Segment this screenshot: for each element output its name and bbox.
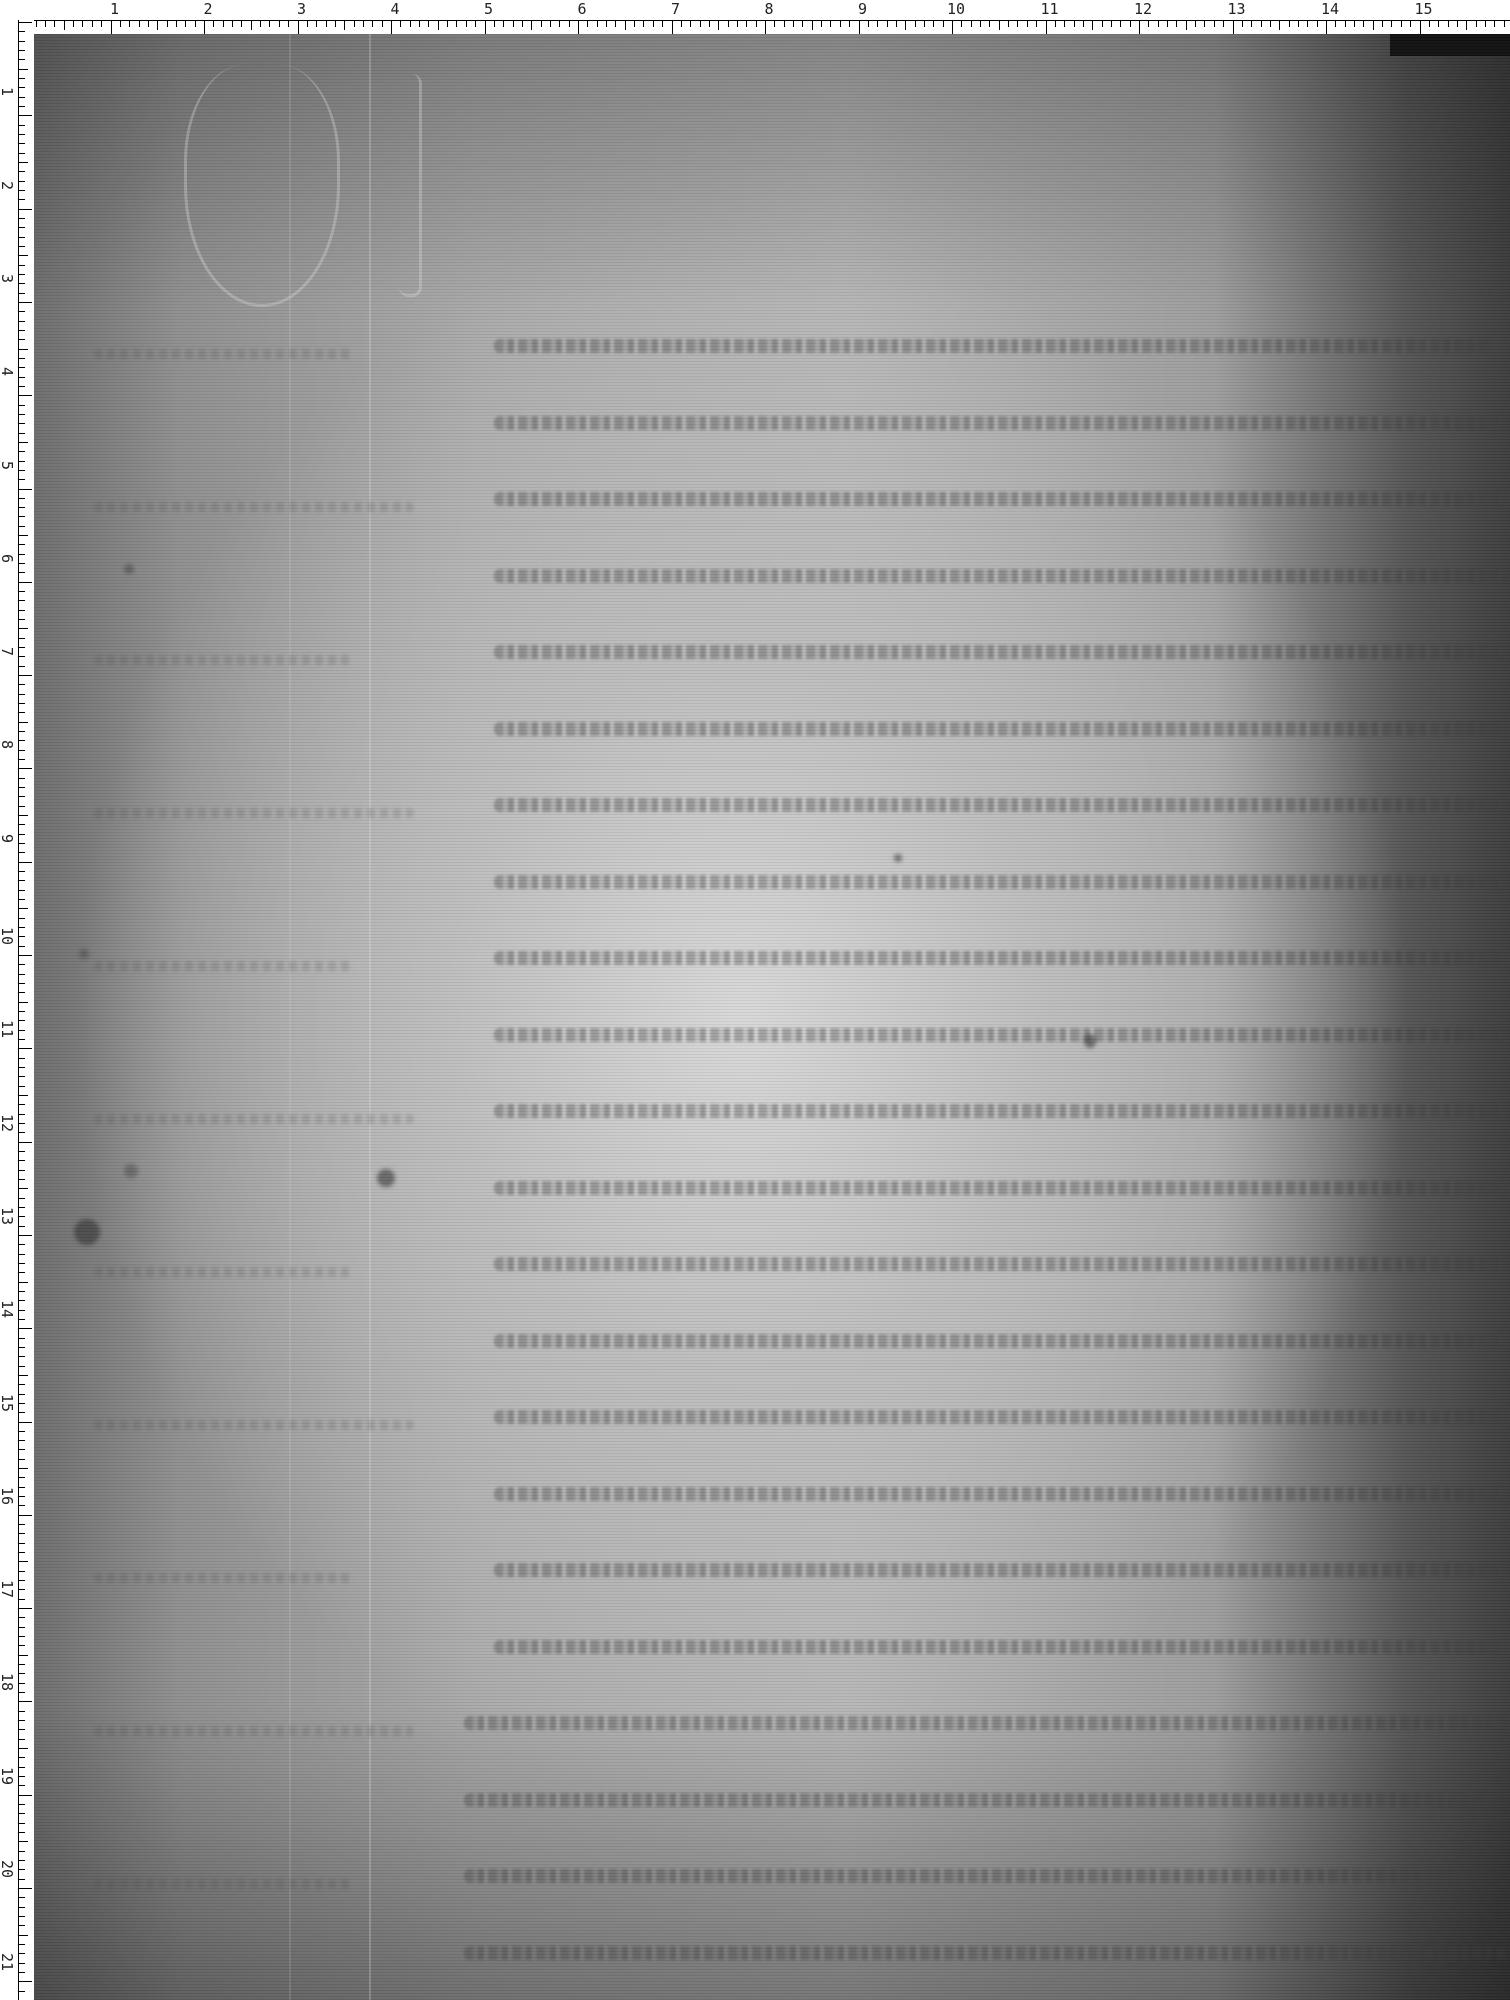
ruler-tick bbox=[18, 265, 25, 266]
ink-spot bbox=[79, 949, 89, 959]
ruler-tick bbox=[18, 1543, 25, 1544]
ruler-tick bbox=[18, 125, 25, 126]
ruler-tick bbox=[223, 20, 224, 27]
ruler-tick bbox=[18, 1282, 28, 1283]
margin-text-line bbox=[94, 655, 354, 665]
ruler-tick bbox=[18, 1664, 25, 1665]
ruler-tick bbox=[18, 787, 25, 788]
ruler-tick bbox=[18, 666, 25, 667]
ruler-tick bbox=[1354, 20, 1355, 27]
watermark-stem bbox=[399, 74, 422, 297]
manuscript-text-line bbox=[494, 569, 1510, 583]
ruler-tick bbox=[18, 59, 25, 60]
ruler-tick bbox=[18, 1076, 25, 1077]
manuscript-text-line bbox=[494, 1563, 1510, 1577]
ruler-tick bbox=[1438, 20, 1439, 27]
ruler-tick bbox=[18, 1216, 25, 1217]
ruler-tick bbox=[18, 647, 25, 648]
ruler-tick bbox=[597, 20, 598, 27]
ruler-label: 18 bbox=[0, 1673, 16, 1691]
ruler-tick bbox=[18, 1804, 25, 1805]
ruler-tick bbox=[18, 395, 32, 396]
ruler-tick bbox=[18, 1916, 25, 1917]
manuscript-text-line bbox=[494, 645, 1510, 659]
ruler-label: 6 bbox=[0, 554, 16, 563]
ruler-tick bbox=[18, 414, 25, 415]
ruler-tick bbox=[569, 20, 570, 27]
ruler-tick bbox=[1307, 20, 1308, 27]
ruler-tick bbox=[1186, 20, 1187, 30]
ruler-tick bbox=[82, 20, 83, 27]
ruler-tick bbox=[391, 20, 392, 34]
scan-dark-corner bbox=[1390, 34, 1510, 56]
ruler-tick bbox=[1111, 20, 1112, 27]
ruler-tick bbox=[18, 964, 25, 965]
ruler-tick bbox=[18, 1104, 25, 1105]
ruler-tick bbox=[18, 1310, 25, 1311]
margin-text-line bbox=[94, 1726, 414, 1736]
ruler-tick bbox=[18, 946, 25, 947]
ruler-tick bbox=[18, 1375, 28, 1376]
ruler-tick bbox=[18, 1449, 25, 1450]
ruler-tick bbox=[672, 20, 673, 34]
ruler-tick bbox=[1176, 20, 1177, 27]
ruler-tick bbox=[18, 684, 25, 685]
ruler-tick bbox=[1233, 20, 1234, 34]
ruler-tick bbox=[18, 1533, 25, 1534]
ruler-tick bbox=[840, 20, 841, 27]
ruler-tick bbox=[18, 572, 25, 573]
ruler-tick bbox=[18, 974, 25, 975]
ruler-tick bbox=[18, 927, 25, 928]
ruler-tick bbox=[1251, 20, 1252, 27]
ruler-tick bbox=[139, 20, 140, 27]
ruler-tick bbox=[905, 20, 906, 30]
ruler-tick bbox=[559, 20, 560, 27]
ruler-tick bbox=[1326, 20, 1327, 34]
ruler-label: 15 bbox=[1414, 0, 1432, 18]
ruler-tick bbox=[18, 731, 25, 732]
ruler-tick bbox=[204, 20, 205, 34]
ruler-tick bbox=[18, 955, 32, 956]
ruler-tick bbox=[1036, 20, 1037, 27]
ruler-tick bbox=[18, 78, 25, 79]
ruler-tick bbox=[18, 1422, 32, 1423]
ruler-tick bbox=[643, 20, 644, 27]
fold-line bbox=[289, 34, 291, 2000]
margin-text-line bbox=[94, 502, 414, 512]
ruler-tick bbox=[18, 1394, 25, 1395]
ruler-tick bbox=[18, 1244, 25, 1245]
ruler-label: 5 bbox=[0, 461, 16, 470]
ruler-tick bbox=[18, 582, 32, 583]
ruler-tick bbox=[18, 1888, 32, 1889]
ruler-tick bbox=[606, 20, 607, 27]
ruler-tick bbox=[18, 1599, 25, 1600]
ruler-tick bbox=[447, 20, 448, 27]
vertical-ruler: 123456789101112131415161718192021 bbox=[0, 0, 34, 2000]
manuscript-text-line bbox=[494, 1028, 1510, 1042]
ruler-tick bbox=[737, 20, 738, 27]
ruler-tick bbox=[1485, 20, 1486, 27]
ruler-tick bbox=[541, 20, 542, 27]
ruler-tick bbox=[849, 20, 850, 27]
ruler-tick bbox=[1466, 20, 1467, 30]
ruler-tick bbox=[251, 20, 252, 30]
ruler-tick bbox=[475, 20, 476, 27]
ruler-tick bbox=[18, 1636, 25, 1637]
ruler-tick bbox=[18, 1925, 25, 1926]
manuscript-text-line bbox=[494, 416, 1510, 430]
ruler-tick bbox=[18, 1412, 25, 1413]
ruler-tick bbox=[18, 983, 25, 984]
ruler-tick bbox=[728, 20, 729, 27]
ruler-tick bbox=[681, 20, 682, 27]
ruler-tick bbox=[494, 20, 495, 27]
ruler-tick bbox=[18, 675, 32, 676]
ruler-tick bbox=[18, 311, 25, 312]
ruler-label: 11 bbox=[1040, 0, 1058, 18]
ruler-tick bbox=[821, 20, 822, 27]
manuscript-text-line bbox=[494, 1257, 1510, 1271]
ruler-tick bbox=[18, 1589, 25, 1590]
ruler-tick bbox=[1289, 20, 1290, 27]
ruler-tick bbox=[662, 20, 663, 27]
ruler-tick bbox=[18, 1524, 25, 1525]
ruler-tick bbox=[18, 1823, 25, 1824]
ruler-tick bbox=[18, 1291, 25, 1292]
ruler-tick bbox=[1195, 20, 1196, 27]
ruler-tick bbox=[18, 1505, 25, 1506]
ruler-tick bbox=[18, 908, 28, 909]
ruler-tick bbox=[485, 20, 486, 34]
ruler-tick bbox=[18, 1086, 25, 1087]
ruler-tick bbox=[129, 20, 130, 27]
manuscript-text-line bbox=[494, 1334, 1510, 1348]
ruler-tick bbox=[18, 796, 25, 797]
ruler-label: 7 bbox=[0, 647, 16, 656]
ruler-label: 8 bbox=[0, 740, 16, 749]
ruler-tick bbox=[634, 20, 635, 27]
ruler-label: 17 bbox=[0, 1580, 16, 1598]
ruler-tick bbox=[1363, 20, 1364, 27]
ruler-tick bbox=[802, 20, 803, 27]
ruler-tick bbox=[316, 20, 317, 27]
ruler-tick bbox=[18, 899, 25, 900]
ruler-tick bbox=[1270, 20, 1271, 27]
ruler-tick bbox=[1148, 20, 1149, 27]
ruler-tick bbox=[18, 1039, 25, 1040]
ruler-label: 3 bbox=[0, 274, 16, 283]
ruler-tick bbox=[746, 20, 747, 27]
ruler-label: 11 bbox=[0, 1020, 16, 1038]
ruler-tick bbox=[812, 20, 813, 30]
ruler-tick bbox=[18, 143, 25, 144]
ruler-tick bbox=[18, 405, 25, 406]
ruler-tick bbox=[1055, 20, 1056, 27]
ruler-tick bbox=[36, 20, 37, 27]
ruler-tick bbox=[1139, 20, 1140, 34]
ruler-tick bbox=[18, 1198, 25, 1199]
ruler-tick bbox=[18, 1627, 25, 1628]
ruler-tick bbox=[18, 1487, 25, 1488]
ruler-tick bbox=[999, 20, 1000, 30]
ruler-tick bbox=[18, 1972, 25, 1973]
ruler-tick bbox=[260, 20, 261, 27]
ruler-tick bbox=[522, 20, 523, 27]
ruler-tick bbox=[989, 20, 990, 27]
ruler-tick bbox=[18, 1795, 32, 1796]
ruler-tick bbox=[1401, 20, 1402, 27]
ruler-tick bbox=[971, 20, 972, 27]
ruler-tick bbox=[765, 20, 766, 34]
margin-text-line bbox=[94, 349, 354, 359]
watermark-loop-left bbox=[184, 64, 340, 307]
ruler-tick bbox=[18, 591, 25, 592]
ruler-tick bbox=[859, 20, 860, 34]
ruler-label: 2 bbox=[0, 181, 16, 190]
ruler-tick bbox=[18, 106, 25, 107]
ruler-tick bbox=[18, 1030, 25, 1031]
ruler-tick bbox=[18, 1067, 25, 1068]
ruler-tick bbox=[1298, 20, 1299, 27]
ruler-tick bbox=[419, 20, 420, 27]
ruler-tick bbox=[18, 890, 25, 891]
ruler-tick bbox=[18, 1711, 25, 1712]
manuscript-text-line bbox=[494, 1487, 1510, 1501]
ruler-tick bbox=[1345, 20, 1346, 27]
ruler-tick bbox=[18, 1580, 25, 1581]
ruler-tick bbox=[18, 554, 25, 555]
ruler-tick bbox=[18, 87, 25, 88]
ruler-tick bbox=[18, 1477, 25, 1478]
ruler-tick bbox=[18, 367, 25, 368]
ruler-label: 4 bbox=[390, 0, 399, 18]
ruler-tick bbox=[793, 20, 794, 27]
ruler-tick bbox=[18, 1879, 25, 1880]
ruler-tick bbox=[18, 656, 25, 657]
ruler-tick bbox=[157, 20, 158, 30]
ruler-tick bbox=[1382, 20, 1383, 27]
ruler-tick bbox=[18, 442, 28, 443]
ruler-tick bbox=[18, 834, 25, 835]
manuscript-text-line bbox=[494, 1640, 1504, 1654]
ruler-tick bbox=[18, 97, 25, 98]
ruler-tick bbox=[718, 20, 719, 30]
ruler-tick bbox=[1092, 20, 1093, 30]
ruler-label: 9 bbox=[858, 0, 867, 18]
ruler-tick bbox=[18, 1226, 25, 1227]
ruler-tick bbox=[774, 20, 775, 27]
ruler-label: 19 bbox=[0, 1767, 16, 1785]
ruler-tick bbox=[18, 1142, 32, 1143]
manuscript-text-line bbox=[494, 951, 1504, 965]
ruler-tick bbox=[18, 1953, 25, 1954]
ruler-tick bbox=[18, 461, 25, 462]
ruler-tick bbox=[18, 1981, 32, 1982]
ruler-tick bbox=[18, 237, 25, 238]
ruler-tick bbox=[18, 293, 25, 294]
ruler-tick bbox=[1158, 20, 1159, 27]
manuscript-text-line bbox=[494, 1181, 1504, 1195]
ruler-tick bbox=[18, 992, 25, 993]
ink-spot bbox=[377, 1169, 395, 1187]
ruler-tick bbox=[232, 20, 233, 27]
ruler-tick bbox=[18, 50, 25, 51]
ruler-tick bbox=[18, 162, 28, 163]
ruler-tick bbox=[625, 20, 626, 30]
ruler-tick bbox=[18, 489, 32, 490]
ruler-tick bbox=[18, 1673, 25, 1674]
ruler-tick bbox=[18, 470, 25, 471]
ruler-label: 9 bbox=[0, 834, 16, 843]
ruler-tick bbox=[887, 20, 888, 27]
ruler-tick bbox=[428, 20, 429, 27]
ruler-tick bbox=[18, 1356, 25, 1357]
ruler-tick bbox=[18, 1132, 25, 1133]
margin-text-line bbox=[94, 961, 354, 971]
margin-text-line bbox=[94, 808, 414, 818]
ruler-tick bbox=[952, 20, 953, 34]
ruler-tick bbox=[18, 862, 32, 863]
ruler-tick bbox=[18, 880, 25, 881]
ruler-tick bbox=[18, 349, 28, 350]
ruler-tick bbox=[1317, 20, 1318, 27]
ruler-tick bbox=[18, 1776, 25, 1777]
ruler-tick bbox=[18, 1496, 25, 1497]
ruler-tick bbox=[1204, 20, 1205, 27]
ruler-tick bbox=[18, 1319, 25, 1320]
ruler-tick bbox=[1242, 20, 1243, 27]
ruler-tick bbox=[578, 20, 579, 34]
ruler-tick bbox=[18, 41, 25, 42]
ruler-tick bbox=[550, 20, 551, 27]
manuscript-text-line bbox=[494, 339, 1494, 353]
ink-spot bbox=[124, 1164, 138, 1178]
ruler-tick bbox=[587, 20, 588, 27]
ruler-tick bbox=[335, 20, 336, 27]
ruler-tick bbox=[1223, 20, 1224, 27]
ruler-tick bbox=[64, 20, 65, 30]
ruler-tick bbox=[18, 1095, 28, 1096]
ruler-label: 20 bbox=[0, 1860, 16, 1878]
ruler-tick bbox=[18, 1151, 25, 1152]
ruler-tick bbox=[1391, 20, 1392, 27]
manuscript-text-line bbox=[494, 1410, 1504, 1424]
ruler-tick bbox=[372, 20, 373, 27]
ruler-tick bbox=[363, 20, 364, 27]
ruler-tick bbox=[195, 20, 196, 27]
ruler-tick bbox=[18, 1907, 25, 1908]
ruler-tick bbox=[18, 115, 32, 116]
ruler-tick bbox=[185, 20, 186, 27]
ruler-tick bbox=[18, 386, 25, 387]
ruler-tick bbox=[1074, 20, 1075, 27]
ruler-tick bbox=[18, 1851, 25, 1852]
ruler-tick bbox=[1064, 20, 1065, 27]
ruler-tick bbox=[18, 218, 25, 219]
ruler-tick bbox=[1083, 20, 1084, 27]
ruler-tick bbox=[167, 20, 168, 27]
ruler-label: 10 bbox=[947, 0, 965, 18]
ruler-label: 6 bbox=[577, 0, 586, 18]
ruler-tick bbox=[18, 1300, 25, 1301]
ruler-tick bbox=[18, 1515, 32, 1516]
ruler-tick bbox=[18, 423, 25, 424]
ruler-tick bbox=[1476, 20, 1477, 27]
ruler-tick bbox=[18, 1020, 25, 1021]
ruler-tick bbox=[653, 20, 654, 27]
ruler-tick bbox=[1102, 20, 1103, 27]
ruler-tick bbox=[18, 1683, 25, 1684]
ruler-tick bbox=[18, 1935, 28, 1936]
ruler-tick bbox=[18, 1561, 28, 1562]
ruler-tick bbox=[18, 1692, 25, 1693]
ruler-tick bbox=[18, 1991, 25, 1992]
ruler-tick bbox=[18, 815, 28, 816]
manuscript-text-line bbox=[494, 1104, 1510, 1118]
ruler-tick bbox=[503, 20, 504, 27]
ruler-tick bbox=[466, 20, 467, 27]
ruler-tick bbox=[877, 20, 878, 27]
ruler-tick bbox=[18, 358, 25, 359]
ruler-tick bbox=[18, 1739, 25, 1740]
ruler-tick bbox=[18, 610, 25, 611]
ruler-tick bbox=[18, 703, 25, 704]
ruler-tick bbox=[1130, 20, 1131, 27]
ruler-tick bbox=[18, 1058, 25, 1059]
ruler-tick bbox=[410, 20, 411, 27]
margin-text-line bbox=[94, 1114, 414, 1124]
ruler-tick bbox=[18, 321, 25, 322]
fold-line bbox=[369, 34, 371, 2000]
ruler-tick bbox=[1457, 20, 1458, 27]
ruler-label: 14 bbox=[1321, 0, 1339, 18]
ruler-tick bbox=[18, 1338, 25, 1339]
ink-spot bbox=[124, 564, 134, 574]
ruler-tick bbox=[1027, 20, 1028, 27]
ruler-label: 13 bbox=[1227, 0, 1245, 18]
ruler-tick bbox=[176, 20, 177, 27]
ruler-tick bbox=[1494, 20, 1495, 27]
ruler-tick bbox=[784, 20, 785, 27]
ruler-tick bbox=[18, 330, 25, 331]
ruler-tick bbox=[1120, 20, 1121, 27]
ruler-tick bbox=[830, 20, 831, 27]
manuscript-text-line bbox=[464, 1793, 1494, 1807]
ruler-tick bbox=[961, 20, 962, 27]
ruler-tick bbox=[18, 507, 25, 508]
ruler-tick bbox=[18, 1207, 25, 1208]
ruler-tick bbox=[18, 750, 25, 751]
ruler-label: 14 bbox=[0, 1300, 16, 1318]
ruler-tick bbox=[18, 1459, 25, 1460]
ruler-tick bbox=[18, 377, 25, 378]
ruler-tick bbox=[615, 20, 616, 27]
ruler-tick bbox=[18, 1403, 25, 1404]
ruler-tick bbox=[18, 1440, 25, 1441]
ruler-tick bbox=[18, 1263, 25, 1264]
ruler-tick bbox=[18, 516, 25, 517]
ruler-tick bbox=[18, 1897, 25, 1898]
ruler-tick bbox=[18, 1179, 25, 1180]
ruler-tick bbox=[18, 1366, 25, 1367]
ruler-tick bbox=[18, 1160, 25, 1161]
ruler-tick bbox=[18, 778, 25, 779]
ruler-tick bbox=[1214, 20, 1215, 27]
ruler-tick bbox=[18, 1813, 25, 1814]
ruler-tick bbox=[18, 1235, 32, 1236]
